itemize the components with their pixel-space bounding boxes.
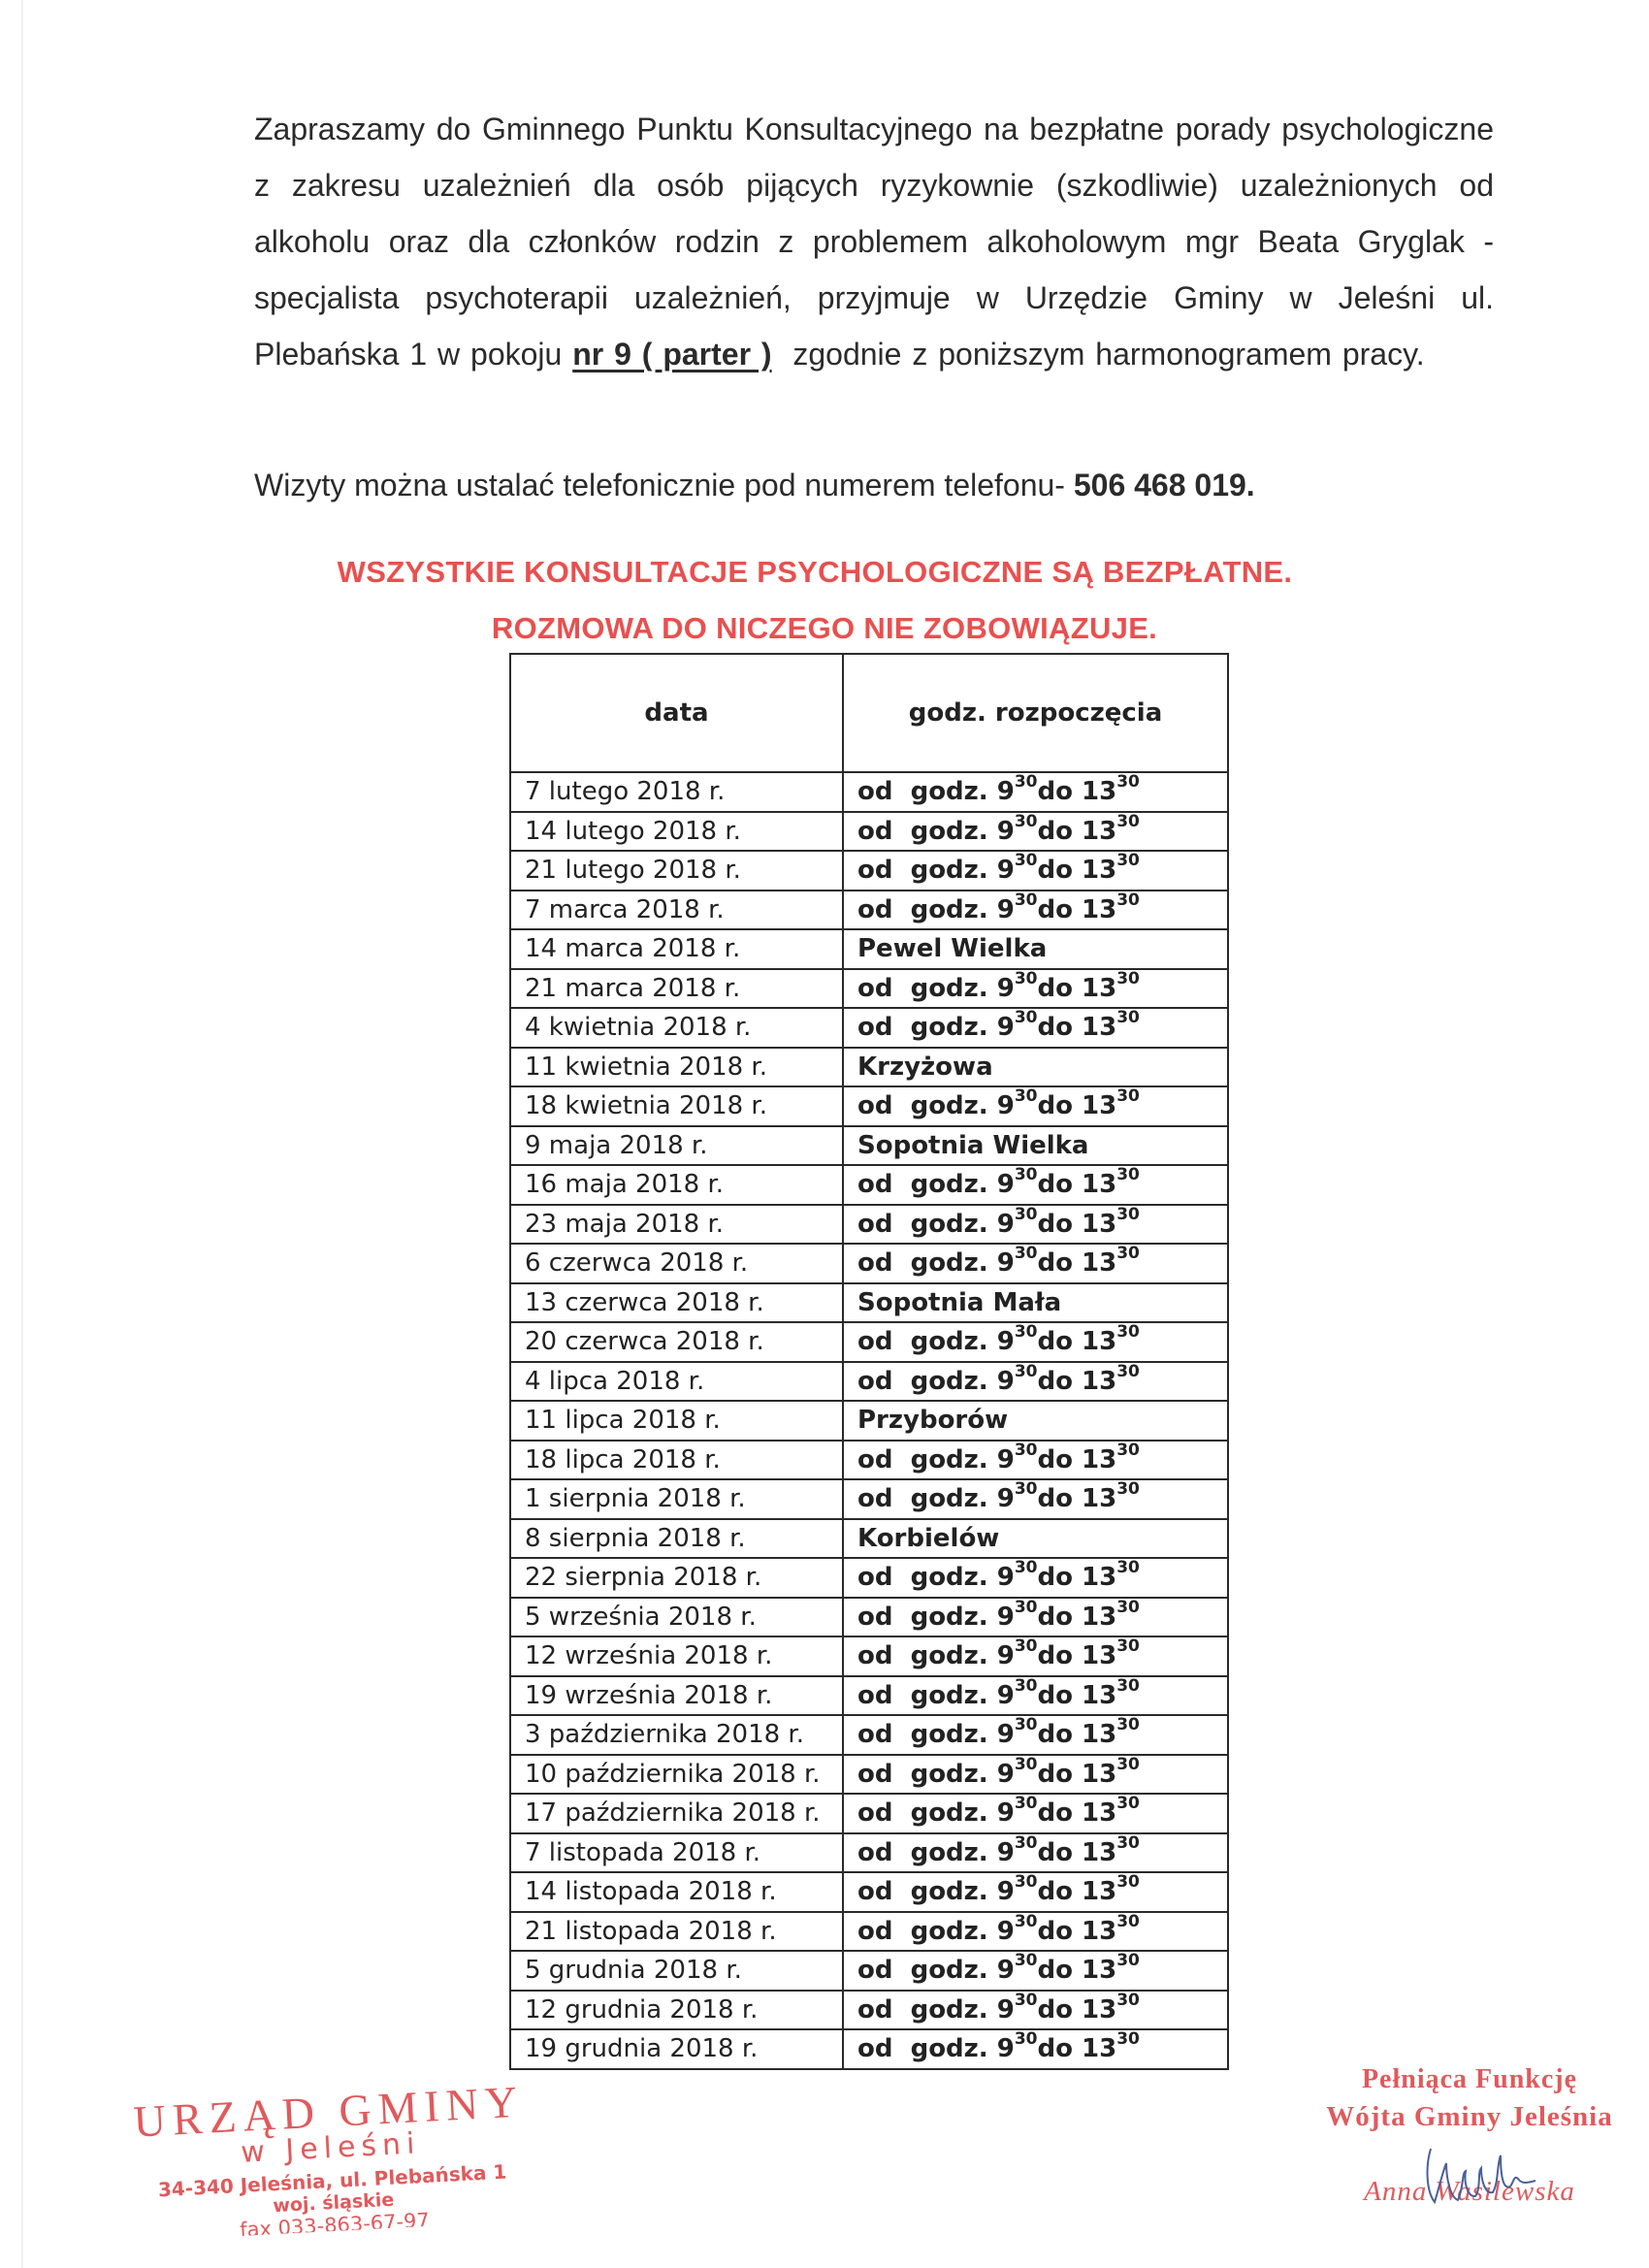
row-date: 6 czerwca 2018 r.	[510, 1244, 843, 1283]
signature-stamp-office: Wójta Gminy Jeleśnia	[1305, 2101, 1634, 2133]
schedule-row: 21 lutego 2018 r.od godz. 930do 1330	[510, 851, 1228, 891]
scan-edge	[21, 0, 23, 2268]
row-hours: od godz. 930do 1330	[843, 1872, 1228, 1912]
schedule-row: 3 października 2018 r.od godz. 930do 133…	[510, 1715, 1228, 1755]
row-date: 11 lipca 2018 r.	[510, 1401, 843, 1441]
row-date: 1 sierpnia 2018 r.	[510, 1479, 843, 1519]
signature-stamp-role: Pełniąca Funkcję	[1305, 2064, 1634, 2095]
row-date: 4 kwietnia 2018 r.	[510, 1008, 843, 1048]
row-date: 12 września 2018 r.	[510, 1636, 843, 1676]
header-date: data	[510, 654, 843, 772]
row-hours: od godz. 930do 1330	[843, 1558, 1228, 1598]
schedule-row: 11 kwietnia 2018 r.Krzyżowa	[510, 1048, 1228, 1087]
schedule-row: 4 kwietnia 2018 r.od godz. 930do 1330	[510, 1008, 1228, 1048]
row-date: 17 października 2018 r.	[510, 1794, 843, 1833]
row-hours: od godz. 930do 1330	[843, 1086, 1228, 1126]
schedule-row: 7 lutego 2018 r.od godz. 930do 1330	[510, 772, 1228, 812]
schedule-header-row: data godz. rozpoczęcia	[510, 654, 1228, 772]
schedule-row: 14 lutego 2018 r.od godz. 930do 1330	[510, 812, 1228, 852]
row-hours: od godz. 930do 1330	[843, 1636, 1228, 1676]
row-hours: od godz. 930do 1330	[843, 1676, 1228, 1716]
row-location: Sopotnia Wielka	[843, 1126, 1228, 1166]
row-hours: od godz. 930do 1330	[843, 1008, 1228, 1048]
row-location: Przyborów	[843, 1401, 1228, 1441]
intro-text-end: zgodnie z poniższym harmonogramem pracy.	[792, 337, 1424, 372]
row-location: Krzyżowa	[843, 1048, 1228, 1087]
header-time: godz. rozpoczęcia	[843, 654, 1228, 772]
schedule-row: 18 kwietnia 2018 r.od godz. 930do 1330	[510, 1086, 1228, 1126]
handwritten-signature-icon	[1421, 2144, 1567, 2212]
schedule-row: 16 maja 2018 r.od godz. 930do 1330	[510, 1165, 1228, 1205]
row-hours: od godz. 930do 1330	[843, 2029, 1228, 2069]
row-date: 12 grudnia 2018 r.	[510, 1991, 843, 2030]
schedule-row: 7 marca 2018 r.od godz. 930do 1330	[510, 891, 1228, 930]
row-hours: od godz. 930do 1330	[843, 772, 1228, 812]
row-date: 7 listopada 2018 r.	[510, 1833, 843, 1873]
row-hours: od godz. 930do 1330	[843, 1951, 1228, 1991]
row-date: 20 czerwca 2018 r.	[510, 1322, 843, 1362]
schedule-row: 18 lipca 2018 r.od godz. 930do 1330	[510, 1441, 1228, 1480]
row-location: Sopotnia Mała	[843, 1283, 1228, 1323]
schedule-row: 9 maja 2018 r.Sopotnia Wielka	[510, 1126, 1228, 1166]
row-hours: od godz. 930do 1330	[843, 1441, 1228, 1480]
row-date: 4 lipca 2018 r.	[510, 1362, 843, 1402]
row-hours: od godz. 930do 1330	[843, 1205, 1228, 1245]
row-hours: od godz. 930do 1330	[843, 1244, 1228, 1283]
row-hours: od godz. 930do 1330	[843, 1598, 1228, 1637]
row-hours: od godz. 930do 1330	[843, 969, 1228, 1009]
intro-text: Zapraszamy do Gminnego Punktu Konsultacy…	[254, 112, 1494, 372]
schedule-row: 8 sierpnia 2018 r.Korbielów	[510, 1519, 1228, 1559]
schedule-row: 5 września 2018 r.od godz. 930do 1330	[510, 1598, 1228, 1637]
schedule-row: 1 sierpnia 2018 r.od godz. 930do 1330	[510, 1479, 1228, 1519]
schedule-row: 20 czerwca 2018 r.od godz. 930do 1330	[510, 1322, 1228, 1362]
row-date: 7 marca 2018 r.	[510, 891, 843, 930]
schedule-row: 19 grudnia 2018 r.od godz. 930do 1330	[510, 2029, 1228, 2069]
row-hours: od godz. 930do 1330	[843, 812, 1228, 852]
row-hours: od godz. 930do 1330	[843, 1794, 1228, 1833]
row-location: Korbielów	[843, 1519, 1228, 1559]
schedule-row: 21 marca 2018 r.od godz. 930do 1330	[510, 969, 1228, 1009]
row-date: 19 grudnia 2018 r.	[510, 2029, 843, 2069]
schedule-row: 5 grudnia 2018 r.od godz. 930do 1330	[510, 1951, 1228, 1991]
row-date: 23 maja 2018 r.	[510, 1205, 843, 1245]
row-date: 11 kwietnia 2018 r.	[510, 1048, 843, 1087]
row-date: 5 września 2018 r.	[510, 1598, 843, 1637]
row-date: 21 marca 2018 r.	[510, 969, 843, 1009]
schedule-table: data godz. rozpoczęcia 7 lutego 2018 r.o…	[509, 653, 1229, 2070]
schedule-row: 19 września 2018 r.od godz. 930do 1330	[510, 1676, 1228, 1716]
row-date: 19 września 2018 r.	[510, 1676, 843, 1716]
notice-no-obligation: ROZMOWA DO NICZEGO NIE ZOBOWIĄZUJE.	[0, 611, 1649, 646]
schedule-row: 10 października 2018 r.od godz. 930do 13…	[510, 1755, 1228, 1795]
row-hours: od godz. 930do 1330	[843, 1991, 1228, 2030]
notice-free: WSZYSTKIE KONSULTACJE PSYCHOLOGICZNE SĄ …	[0, 555, 1639, 590]
schedule-row: 12 grudnia 2018 r.od godz. 930do 1330	[510, 1991, 1228, 2030]
row-date: 14 marca 2018 r.	[510, 929, 843, 969]
row-hours: od godz. 930do 1330	[843, 1322, 1228, 1362]
row-date: 14 lutego 2018 r.	[510, 812, 843, 852]
row-hours: od godz. 930do 1330	[843, 1165, 1228, 1205]
row-date: 18 kwietnia 2018 r.	[510, 1086, 843, 1126]
schedule-body: 7 lutego 2018 r.od godz. 930do 133014 lu…	[510, 772, 1228, 2069]
row-date: 7 lutego 2018 r.	[510, 772, 843, 812]
row-hours: od godz. 930do 1330	[843, 1912, 1228, 1952]
row-date: 13 czerwca 2018 r.	[510, 1283, 843, 1323]
row-hours: od godz. 930do 1330	[843, 1715, 1228, 1755]
row-hours: od godz. 930do 1330	[843, 851, 1228, 891]
schedule-row: 22 sierpnia 2018 r.od godz. 930do 1330	[510, 1558, 1228, 1598]
row-hours: od godz. 930do 1330	[843, 1362, 1228, 1402]
row-date: 16 maja 2018 r.	[510, 1165, 843, 1205]
schedule-row: 21 listopada 2018 r.od godz. 930do 1330	[510, 1912, 1228, 1952]
schedule-row: 7 listopada 2018 r.od godz. 930do 1330	[510, 1833, 1228, 1873]
schedule-row: 12 września 2018 r.od godz. 930do 1330	[510, 1636, 1228, 1676]
row-date: 21 lutego 2018 r.	[510, 851, 843, 891]
intro-paragraph: Zapraszamy do Gminnego Punktu Konsultacy…	[254, 101, 1494, 382]
row-date: 22 sierpnia 2018 r.	[510, 1558, 843, 1598]
schedule-row: 14 marca 2018 r.Pewel Wielka	[510, 929, 1228, 969]
row-date: 3 października 2018 r.	[510, 1715, 843, 1755]
row-date: 14 listopada 2018 r.	[510, 1872, 843, 1912]
row-hours: od godz. 930do 1330	[843, 1479, 1228, 1519]
schedule-row: 4 lipca 2018 r.od godz. 930do 1330	[510, 1362, 1228, 1402]
phone-label: Wizyty można ustalać telefonicznie pod n…	[254, 468, 1065, 502]
schedule-row: 11 lipca 2018 r.Przyborów	[510, 1401, 1228, 1441]
schedule-row: 6 czerwca 2018 r.od godz. 930do 1330	[510, 1244, 1228, 1283]
row-location: Pewel Wielka	[843, 929, 1228, 969]
schedule-row: 17 października 2018 r.od godz. 930do 13…	[510, 1794, 1228, 1833]
row-date: 10 października 2018 r.	[510, 1755, 843, 1795]
schedule-row: 23 maja 2018 r.od godz. 930do 1330	[510, 1205, 1228, 1245]
row-date: 21 listopada 2018 r.	[510, 1912, 843, 1952]
room-number: nr 9 ( parter )	[572, 337, 771, 372]
schedule-row: 14 listopada 2018 r.od godz. 930do 1330	[510, 1872, 1228, 1912]
row-hours: od godz. 930do 1330	[843, 891, 1228, 930]
row-date: 8 sierpnia 2018 r.	[510, 1519, 843, 1559]
phone-number: 506 468 019.	[1074, 468, 1255, 502]
office-stamp: URZĄD GMINY w Jeleśni 34-340 Jeleśnia, u…	[132, 2076, 530, 2242]
row-hours: od godz. 930do 1330	[843, 1755, 1228, 1795]
row-date: 18 lipca 2018 r.	[510, 1441, 843, 1480]
phone-line: Wizyty można ustalać telefonicznie pod n…	[254, 468, 1255, 503]
schedule-row: 13 czerwca 2018 r.Sopotnia Mała	[510, 1283, 1228, 1323]
row-hours: od godz. 930do 1330	[843, 1833, 1228, 1873]
row-date: 9 maja 2018 r.	[510, 1126, 843, 1166]
row-date: 5 grudnia 2018 r.	[510, 1951, 843, 1991]
